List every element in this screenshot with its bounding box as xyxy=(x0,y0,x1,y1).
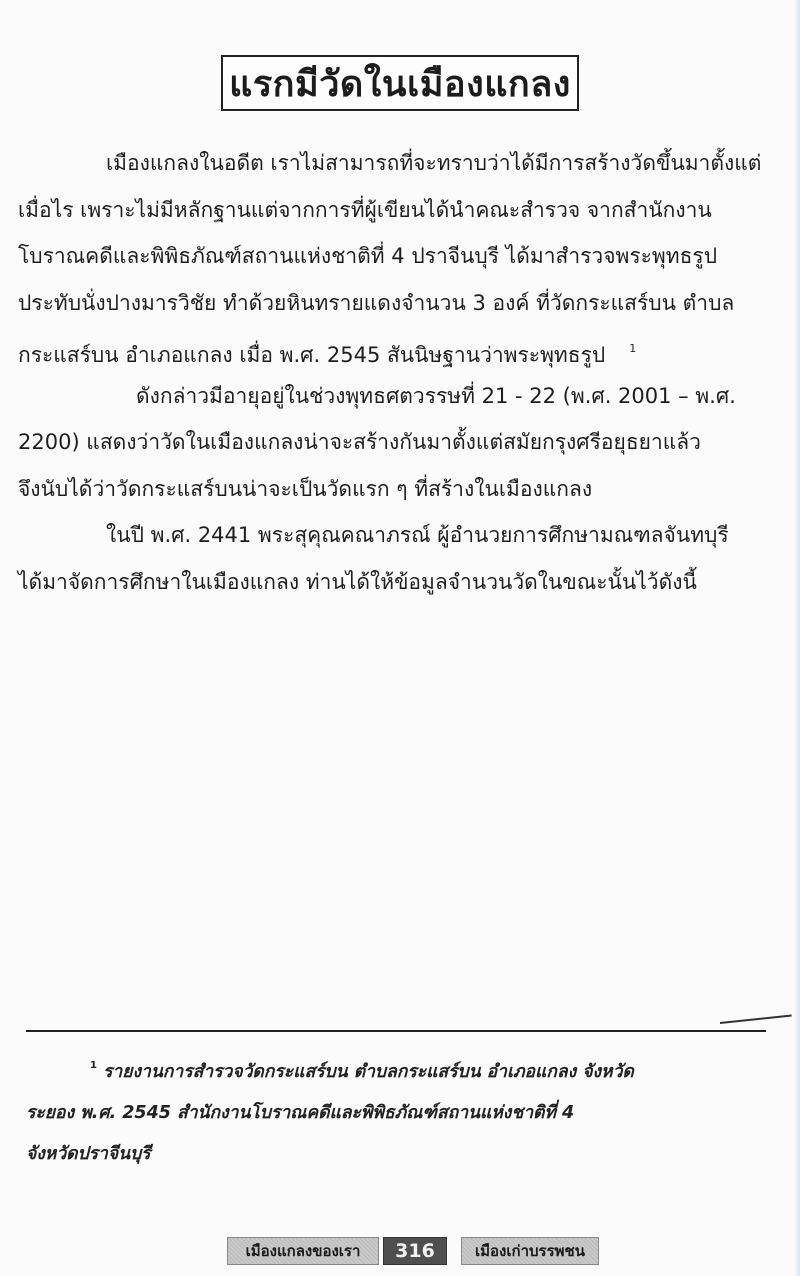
text-line: เมืองแกลงในอดีต เราไม่สามารถที่จะทราบว่า… xyxy=(18,140,792,187)
paragraph-2: ดังกล่าวมีอายุอยู่ในช่วงพุทธศตวรรษที่ 21… xyxy=(18,373,792,513)
text-line: ดังกล่าวมีอายุอยู่ในช่วงพุทธศตวรรษที่ 21… xyxy=(18,373,792,420)
footnote-text: รายงานการสำรวจวัดกระแสร์บน ตำบลกระแสร์บน… xyxy=(103,1062,634,1082)
text-line: 2200) แสดงว่าวัดในเมืองแกลงน่าจะสร้างกัน… xyxy=(18,419,792,466)
footnote-line: จังหวัดปราจีนบุรี xyxy=(26,1134,776,1175)
text-line: โบราณคดีและพิพิธภัณฑ์สถานแห่งชาติที่ 4 ป… xyxy=(18,233,792,280)
text-line: กระแสร์บน อำเภอแกลง เมื่อ พ.ศ. 2545 สันน… xyxy=(18,343,605,367)
text-line: ได้มาจัดการศึกษาในเมืองแกลง ท่านได้ให้ข้… xyxy=(18,559,792,606)
body-text: เมืองแกลงในอดีต เราไม่สามารถที่จะทราบว่า… xyxy=(18,140,792,605)
paragraph-1: เมืองแกลงในอดีต เราไม่สามารถที่จะทราบว่า… xyxy=(18,140,792,373)
text-line: ประทับนั่งปางมารวิชัย ทำด้วยหินทรายแดงจำ… xyxy=(18,280,792,327)
footer-section-title: เมืองเก่าบรรพชน xyxy=(461,1237,599,1265)
text-line: จึงนับได้ว่าวัดกระแสร์บนน่าจะเป็นวัดแรก … xyxy=(18,466,792,513)
text-line: เมื่อไร เพราะไม่มีหลักฐานแต่จากการที่ผู้… xyxy=(18,187,792,234)
paragraph-3: ในปี พ.ศ. 2441 พระสุคุณคณาภรณ์ ผู้อำนวยก… xyxy=(18,512,792,605)
chapter-title: แรกมีวัดในเมืองแกลง xyxy=(229,55,571,112)
footnote-line: 1รายงานการสำรวจวัดกระแสร์บน ตำบลกระแสร์บ… xyxy=(26,1045,776,1093)
footnote-divider-tail xyxy=(720,1014,792,1024)
footnote: 1รายงานการสำรวจวัดกระแสร์บน ตำบลกระแสร์บ… xyxy=(26,1045,776,1175)
text-line-with-footnote: กระแสร์บน อำเภอแกลง เมื่อ พ.ศ. 2545 สันน… xyxy=(18,326,792,373)
scan-edge-decoration xyxy=(794,0,800,1276)
footnote-number: 1 xyxy=(90,1060,97,1071)
chapter-title-box: แรกมีวัดในเมืองแกลง xyxy=(221,55,579,111)
page-footer: เมืองแกลงของเรา 316 เมืองเก่าบรรพชน xyxy=(227,1237,599,1265)
text-line: ในปี พ.ศ. 2441 พระสุคุณคณาภรณ์ ผู้อำนวยก… xyxy=(18,512,792,559)
page-number: 316 xyxy=(383,1237,447,1265)
footnote-divider xyxy=(26,1030,766,1032)
footnote-reference[interactable]: 1 xyxy=(629,342,636,355)
footer-book-title: เมืองแกลงของเรา xyxy=(227,1237,379,1265)
footnote-line: ระยอง พ.ศ. 2545 สำนักงานโบราณคดีและพิพิธ… xyxy=(26,1093,776,1134)
